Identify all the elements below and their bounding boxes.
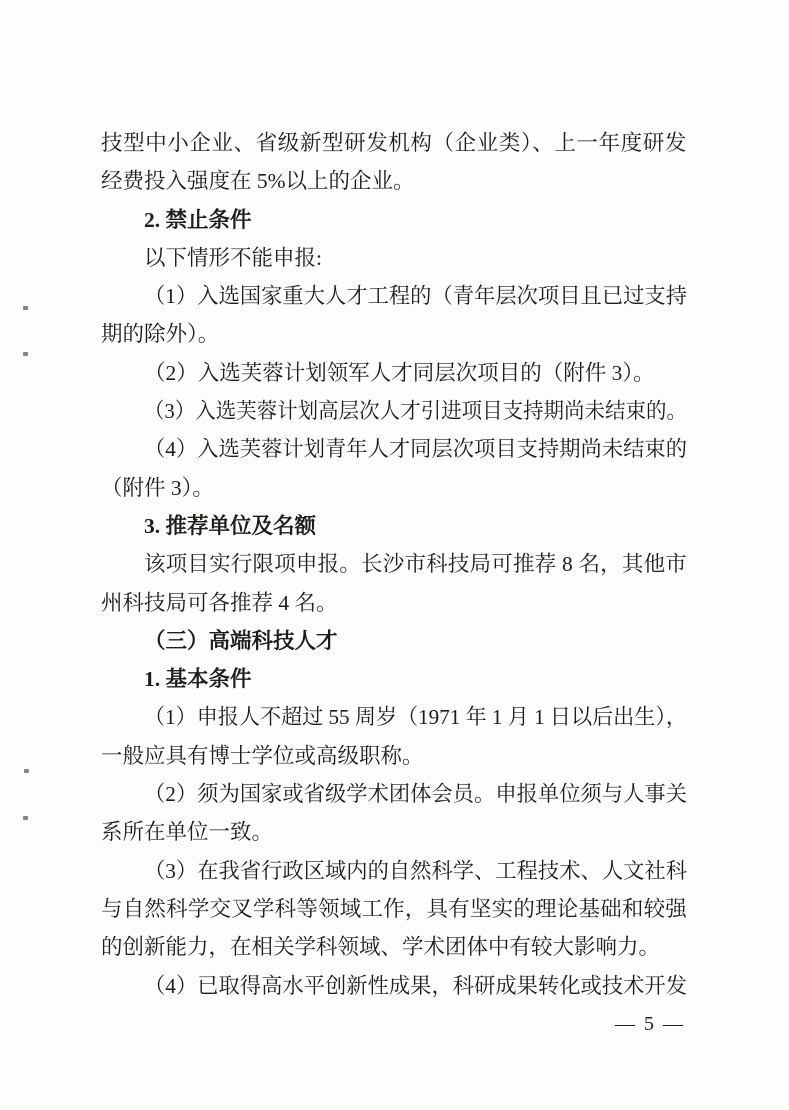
text-line-content: （2）入选芙蓉计划领军人才同层次项目的（附件 3）。 <box>144 354 655 392</box>
text-line-content: （附件 3）。 <box>101 469 214 507</box>
document-page: 技型中小企业、省级新型研发机构（企业类）、上一年度研发经费投入强度在 5%以上的… <box>0 0 789 1110</box>
text-line: 经费投入强度在 5%以上的企业。 <box>101 162 687 200</box>
text-line-content: 州科技局可各推荐 4 名。 <box>101 584 338 622</box>
document-body: 技型中小企业、省级新型研发机构（企业类）、上一年度研发经费投入强度在 5%以上的… <box>101 124 687 1005</box>
text-line-content: 的创新能力，在相关学科领域、学术团体中有较大影响力。 <box>101 928 660 966</box>
text-line-content: 经费投入强度在 5%以上的企业。 <box>101 162 415 200</box>
scan-speck <box>23 352 28 356</box>
text-line-content: 以下情形不能申报: <box>144 239 322 277</box>
text-line: 以下情形不能申报: <box>101 239 687 277</box>
text-line: （附件 3）。 <box>101 469 687 507</box>
text-line-content: （1）申报人不超过 55 周岁（1971 年 1 月 1 日以后出生）， <box>144 698 687 736</box>
page-number: — 5 — <box>615 1009 685 1039</box>
text-line-content: 系所在单位一致。 <box>101 813 273 851</box>
heading-line: 1. 基本条件 <box>101 660 687 698</box>
text-line: （4）已取得高水平创新性成果，科研成果转化或技术开发 <box>101 967 687 1005</box>
text-line: （1）入选国家重大人才工程的（青年层次项目且已过支持 <box>101 277 687 315</box>
text-line-content: 1. 基本条件 <box>144 660 252 698</box>
text-line-content: （4）已取得高水平创新性成果，科研成果转化或技术开发 <box>144 967 687 1005</box>
text-line-content: （3）在我省行政区域内的自然科学、工程技术、人文社科 <box>144 852 687 890</box>
text-line: 系所在单位一致。 <box>101 813 687 851</box>
text-line: 与自然科学交叉学科等领域工作，具有坚实的理论基础和较强 <box>101 890 687 928</box>
heading-line: 3. 推荐单位及名额 <box>101 507 687 545</box>
text-line: （1）申报人不超过 55 周岁（1971 年 1 月 1 日以后出生）， <box>101 698 687 736</box>
text-line-content: 一般应具有博士学位或高级职称。 <box>101 737 424 775</box>
heading-line: （三）高端科技人才 <box>101 622 687 660</box>
text-line-content: 期的除外）。 <box>101 315 219 353</box>
text-line: 一般应具有博士学位或高级职称。 <box>101 737 687 775</box>
text-line-content: （1）入选国家重大人才工程的（青年层次项目且已过支持 <box>144 277 687 315</box>
text-line-content: 技型中小企业、省级新型研发机构（企业类）、上一年度研发 <box>101 124 687 162</box>
text-line: （3）在我省行政区域内的自然科学、工程技术、人文社科 <box>101 852 687 890</box>
heading-line: 2. 禁止条件 <box>101 201 687 239</box>
text-line-content: 3. 推荐单位及名额 <box>144 507 316 545</box>
text-line: （4）入选芙蓉计划青年人才同层次项目支持期尚未结束的 <box>101 430 687 468</box>
text-line: 期的除外）。 <box>101 315 687 353</box>
text-line-content: 2. 禁止条件 <box>144 201 252 239</box>
text-line: （2）入选芙蓉计划领军人才同层次项目的（附件 3）。 <box>101 354 687 392</box>
text-line-content: （4）入选芙蓉计划青年人才同层次项目支持期尚未结束的 <box>144 430 687 468</box>
text-line: （3）入选芙蓉计划高层次人才引进项目支持期尚未结束的。 <box>101 392 687 430</box>
text-line-content: （2）须为国家或省级学术团体会员。申报单位须与人事关 <box>144 775 687 813</box>
text-line-content: （3）入选芙蓉计划高层次人才引进项目支持期尚未结束的。 <box>144 392 687 430</box>
text-line: （2）须为国家或省级学术团体会员。申报单位须与人事关 <box>101 775 687 813</box>
text-line-content: 与自然科学交叉学科等领域工作，具有坚实的理论基础和较强 <box>101 890 687 928</box>
text-line-content: 该项目实行限项申报。长沙市科技局可推荐 8 名，其他市 <box>144 545 687 583</box>
text-line: 该项目实行限项申报。长沙市科技局可推荐 8 名，其他市 <box>101 545 687 583</box>
text-line-content: （三）高端科技人才 <box>144 622 338 660</box>
scan-speck <box>23 816 28 820</box>
text-line: 的创新能力，在相关学科领域、学术团体中有较大影响力。 <box>101 928 687 966</box>
text-line: 技型中小企业、省级新型研发机构（企业类）、上一年度研发 <box>101 124 687 162</box>
text-line: 州科技局可各推荐 4 名。 <box>101 584 687 622</box>
scan-speck <box>23 306 28 310</box>
scan-speck <box>24 769 29 773</box>
